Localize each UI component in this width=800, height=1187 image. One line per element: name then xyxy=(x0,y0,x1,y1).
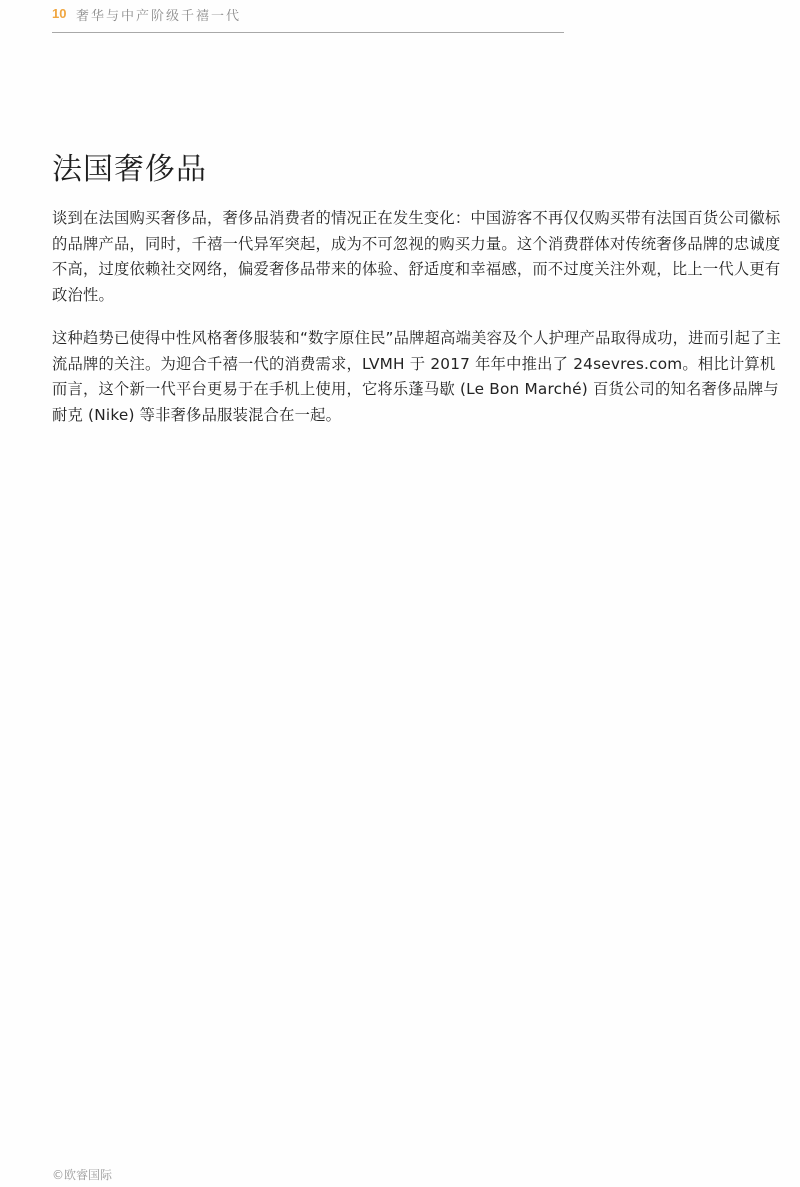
page-number: 10 xyxy=(52,6,66,21)
copyright-footer: ©欧睿国际 xyxy=(52,1166,112,1183)
section-title: 法国奢侈品 xyxy=(52,144,207,188)
page-header: 10 奢华与中产阶级千禧一代 xyxy=(52,4,564,33)
running-title: 奢华与中产阶级千禧一代 xyxy=(76,5,241,24)
body-paragraph-1: 谈到在法国购买奢侈品，奢侈品消费者的情况正在发生变化：中国游客不再仅仅购买带有法… xyxy=(52,206,782,308)
body-paragraph-2: 这种趋势已使得中性风格奢侈服装和“数字原住民”品牌超高端美容及个人护理产品取得成… xyxy=(52,326,782,428)
